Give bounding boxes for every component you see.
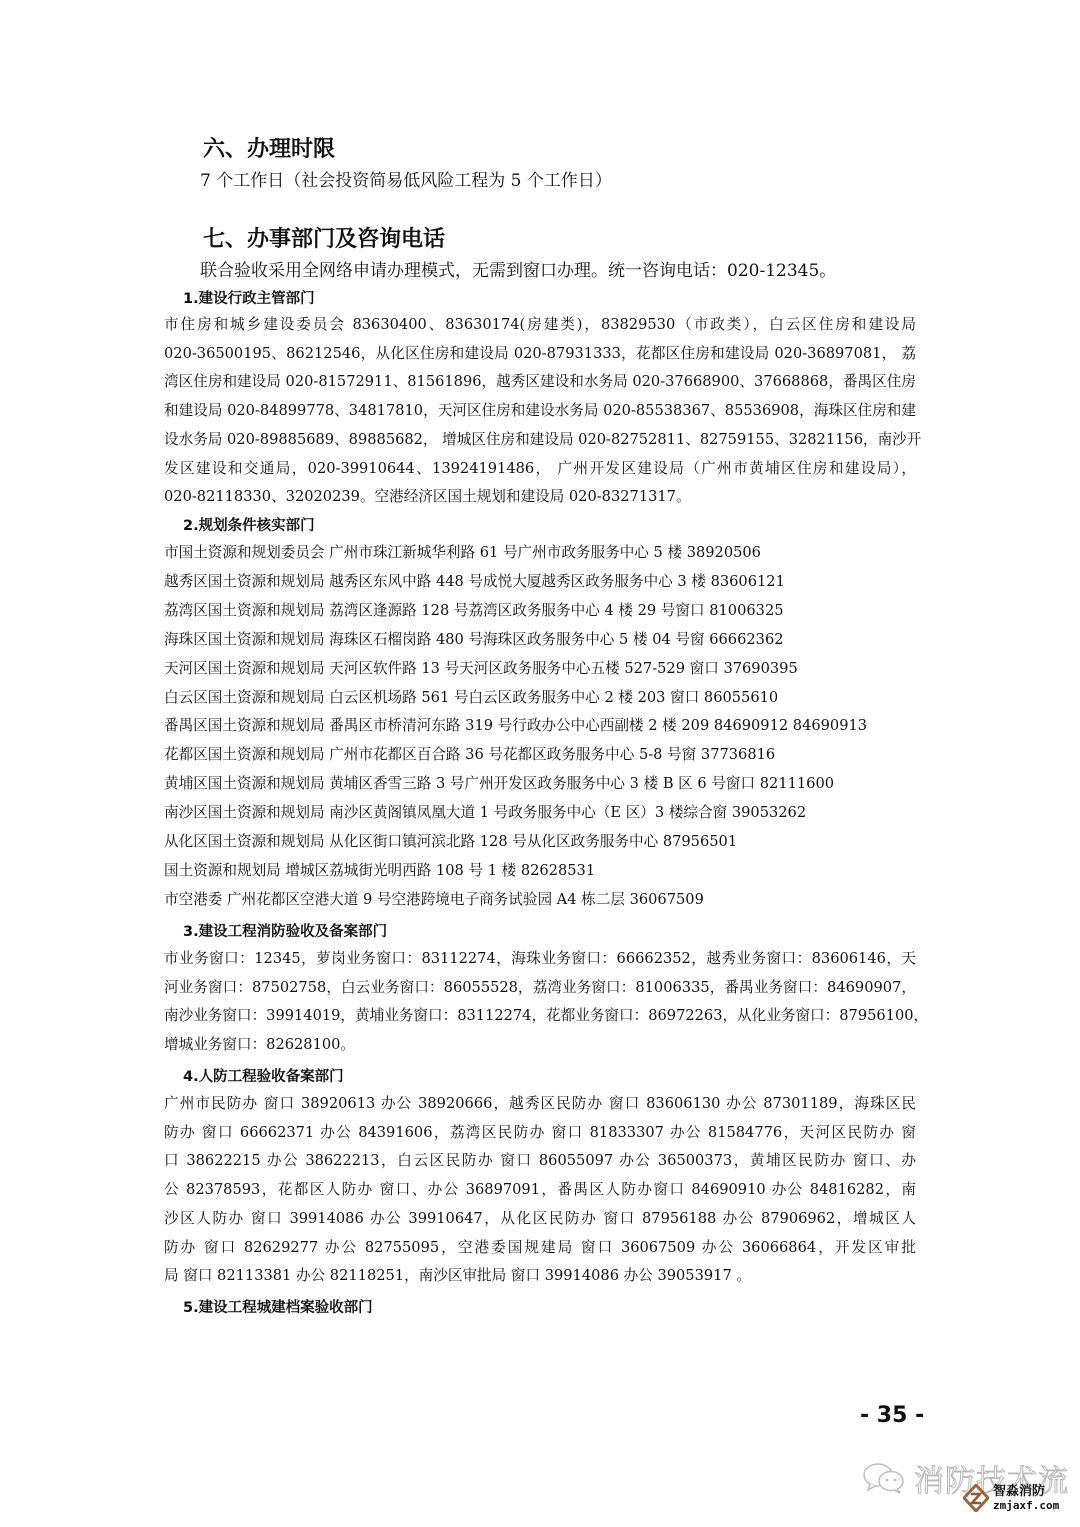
text-line: 口 38622215 办公 38622213，白云区民防办 窗口 8605509… xyxy=(164,1147,916,1176)
logo-url: zmjaxf.com xyxy=(993,1499,1059,1512)
text-line: 市业务窗口：12345，萝岗业务窗口：83112274，海珠业务窗口：66662… xyxy=(164,945,916,974)
text-line: 沙区人防办 窗口 39914086 办公 39910647，从化区民防办 窗口 … xyxy=(164,1205,916,1234)
office-entry: 白云区国土资源和规划局 白云区机场路 561 号白云区政务服务中心 2 楼 20… xyxy=(164,684,916,713)
office-entry: 番禺区国土资源和规划局 番禺区市桥清河东路 319 号行政办公中心西副楼 2 楼… xyxy=(164,712,916,741)
office-entry: 南沙区国土资源和规划局 南沙区黄阁镇凤凰大道 1 号政务服务中心（E 区）3 楼… xyxy=(164,799,916,828)
text-line: 广州市民防办 窗口 38920613 办公 38920666，越秀区民防办 窗口… xyxy=(164,1090,916,1119)
text-line: 公 82378593，花都区人防办 窗口、办公 36897091，番禺区人防办窗… xyxy=(164,1176,916,1205)
subsection-4-body: 广州市民防办 窗口 38920613 办公 38920666，越秀区民防办 窗口… xyxy=(164,1090,916,1291)
office-entry: 市空港委 广州花都区空港大道 9 号空港跨境电子商务试验园 A4 栋二层 360… xyxy=(164,886,916,915)
text-line: 发区建设和交通局，020-39910644、13924191486， 广州开发区… xyxy=(164,455,916,484)
office-entry: 从化区国土资源和规划局 从化区街口镇河滨北路 128 号从化区政务服务中心 87… xyxy=(164,828,916,857)
subsection-2-title: 2.规划条件核实部门 xyxy=(183,514,315,535)
text-line: 局 窗口 82113381 办公 82118251，南沙区审批局 窗口 3991… xyxy=(164,1262,916,1291)
text-line: 设水务局 020-89885689、89885682， 增城区住房和建设局 02… xyxy=(164,426,916,455)
text-line: 河业务窗口：87502758，白云业务窗口：86055528，荔湾业务窗口：81… xyxy=(164,974,916,1003)
subsection-3-body: 市业务窗口：12345，萝岗业务窗口：83112274，海珠业务窗口：66662… xyxy=(164,945,916,1060)
page-number: - 35 - xyxy=(860,1403,924,1428)
text-line: 和建设局 020-84899778、34817810，天河区住房和建设水务局 0… xyxy=(164,397,916,426)
subsection-1-title: 1.建设行政主管部门 xyxy=(183,287,315,308)
office-entry: 天河区国土资源和规划局 天河区软件路 13 号天河区政务服务中心五楼 527-5… xyxy=(164,655,916,684)
text-line: 020-82118330、32020239。空港经济区国土规划和建设局 020-… xyxy=(164,483,916,512)
office-entry: 市国土资源和规划委员会 广州市珠江新城华利路 61 号广州市政务服务中心 5 楼… xyxy=(164,539,916,568)
logo-text: 智淼消防 zmjaxf.com xyxy=(993,1485,1059,1512)
office-entry: 海珠区国土资源和规划局 海珠区石榴岗路 480 号海珠区政务服务中心 5 楼 0… xyxy=(164,626,916,655)
text-line: 市住房和城乡建设委员会 83630400、83630174(房建类)，83829… xyxy=(164,311,916,340)
office-entry: 荔湾区国土资源和规划局 荔湾区逢源路 128 号荔湾区政务服务中心 4 楼 29… xyxy=(164,597,916,626)
text-line: 防办 窗口 82629277 办公 82755095，空港委国规建局 窗口 36… xyxy=(164,1234,916,1263)
section-7-heading: 七、办事部门及咨询电话 xyxy=(203,222,445,253)
office-entry: 国土资源和规划局 增城区荔城街光明西路 108 号 1 楼 82628531 xyxy=(164,857,916,886)
subsection-3-title: 3.建设工程消防验收及备案部门 xyxy=(183,920,387,941)
text-line: 防办 窗口 66662371 办公 84391606，荔湾区民防办 窗口 818… xyxy=(164,1119,916,1148)
office-entry: 花都区国土资源和规划局 广州市花都区百合路 36 号花都区政务服务中心 5-8 … xyxy=(164,741,916,770)
section-7-intro: 联合验收采用全网络申请办理模式，无需到窗口办理。统一咨询电话：020-12345… xyxy=(200,256,836,281)
zm-logo-icon xyxy=(963,1484,989,1512)
subsection-1-body: 市住房和城乡建设委员会 83630400、83630174(房建类)，83829… xyxy=(164,311,916,512)
office-entry: 越秀区国土资源和规划局 越秀区东风中路 448 号成悦大厦越秀区政务服务中心 3… xyxy=(164,568,916,597)
subsection-2-body: 市国土资源和规划委员会 广州市珠江新城华利路 61 号广州市政务服务中心 5 楼… xyxy=(164,539,916,915)
subsection-5-title: 5.建设工程城建档案验收部门 xyxy=(183,1296,373,1317)
text-line: 湾区住房和建设局 020-81572911、81561896，越秀区建设和水务局… xyxy=(164,368,916,397)
office-entry: 黄埔区国土资源和规划局 黄埔区香雪三路 3 号广州开发区政务服务中心 3 楼 B… xyxy=(164,770,916,799)
section-6-text: 7 个工作日（社会投资简易低风险工程为 5 个工作日） xyxy=(200,166,612,191)
text-line: 020-36500195、86212546，从化区住房和建设局 020-8793… xyxy=(164,340,916,369)
text-line: 南沙业务窗口：39914019，黄埔业务窗口：83112274，花都业务窗口：8… xyxy=(164,1002,916,1031)
logo-name: 智淼消防 xyxy=(993,1485,1059,1499)
section-6-heading: 六、办理时限 xyxy=(203,132,335,163)
wechat-icon xyxy=(862,1461,906,1495)
subsection-4-title: 4.人防工程验收备案部门 xyxy=(183,1065,344,1086)
text-line: 增城业务窗口：82628100。 xyxy=(164,1031,916,1060)
site-logo: 智淼消防 zmjaxf.com xyxy=(963,1484,1059,1512)
